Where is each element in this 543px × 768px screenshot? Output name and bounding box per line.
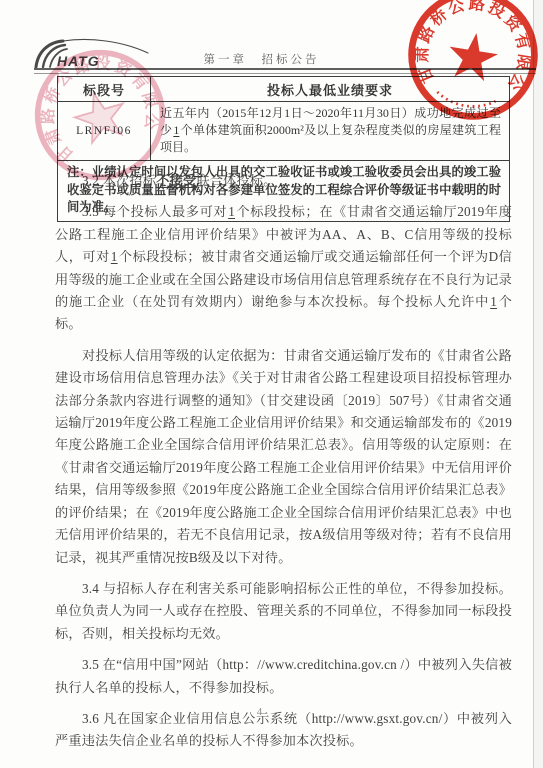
requirement-suffix: 个单体建筑面积2000m²及以上复杂程度类似的房屋建筑工程项目。 xyxy=(160,123,501,154)
clause-3-3-part: 个标段投标；被甘肃省交通运输厅或交通运输部任何一个评为D信用等级的施工企业或在全… xyxy=(55,249,512,309)
table-row: LRNFJ06 近五年内（2015年12月1日～2020年11月30日）成功地完… xyxy=(58,102,510,161)
clause-3-2-emphasis: 不接受 xyxy=(156,173,196,188)
clause-3-5: 3.5 在“信用中国”网站（http：//www.creditchina.gov… xyxy=(55,654,512,699)
col-header-requirement: 投标人最低业绩要求 xyxy=(151,77,510,102)
scan-page-edge xyxy=(533,0,543,768)
clause-3-3-count: 1 xyxy=(227,204,236,219)
col-header-section: 标段号 xyxy=(58,77,151,102)
credit-rating-basis: 对投标人信用等级的认定依据为：甘肃省交通运输厅发布的《甘肃省公路建设市场信用信息… xyxy=(55,345,512,569)
table-header-row: 标段号 投标人最低业绩要求 xyxy=(58,77,510,102)
header-rule-thick xyxy=(34,68,536,70)
clause-3-2-suffix: 联合体投标。 xyxy=(196,173,276,188)
requirement-cell: 近五年内（2015年12月1日～2020年11月30日）成功地完成过至少1个单体… xyxy=(151,102,510,161)
header-rule-thin xyxy=(34,73,536,74)
clause-3-3-part: 3.3 每个投标人最多可对 xyxy=(82,204,227,219)
page-number: 4 xyxy=(0,706,519,718)
clause-3-4: 3.4 与招标人存在利害关系可能影响招标公正性的单位，不得参加投标。单位负责人为… xyxy=(55,578,512,645)
clause-3-3: 3.3 每个投标人最多可对1个标段投标；在《甘肃省交通运输厅2019年度公路工程… xyxy=(55,201,512,335)
clause-3-2: 3.2 本次招标不接受联合体投标。 xyxy=(55,170,512,192)
clause-3-3-count: 1 xyxy=(110,249,119,264)
section-number-cell: LRNFJ06 xyxy=(58,102,151,161)
announcement-body: 3.2 本次招标不接受联合体投标。 3.3 每个投标人最多可对1个标段投标；在《… xyxy=(55,170,512,762)
clause-3-3-count: 1 xyxy=(489,294,498,309)
chapter-header: 第一章 招标公告 xyxy=(0,51,523,67)
clause-3-2-prefix: 3.2 本次招标 xyxy=(82,173,156,188)
